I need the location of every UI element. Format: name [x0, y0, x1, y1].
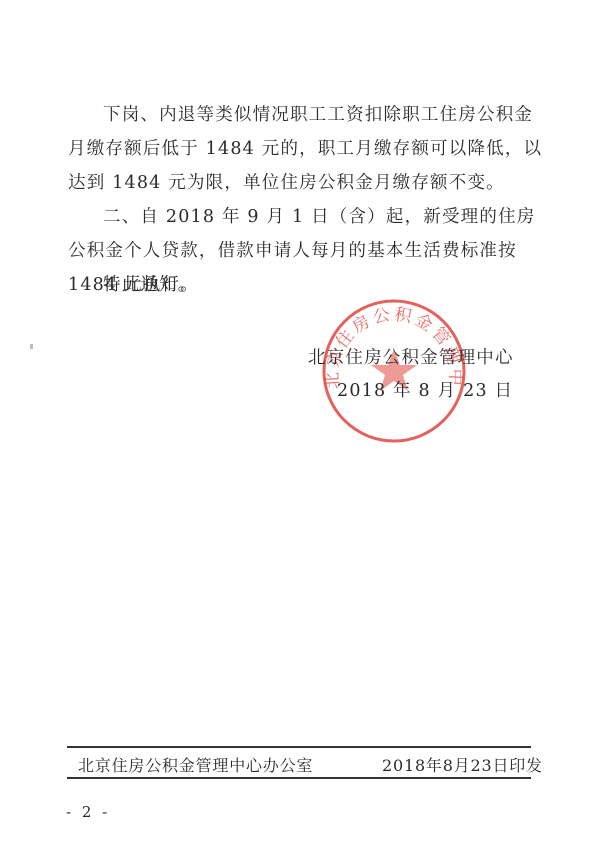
- footer-office: 北京住房公积金管理中心办公室: [78, 753, 313, 776]
- footer-print-date: 2018年8月23日印发: [382, 753, 543, 776]
- scan-speck: [30, 344, 33, 349]
- official-seal-stamp: 北京住房公积金管理中心: [320, 297, 468, 445]
- signature-date: 2018 年 8 月 23 日: [337, 377, 513, 402]
- signature-issuer: 北京住房公积金管理中心: [308, 344, 514, 369]
- paragraph-1: 下岗、内退等类似情况职工工资扣除职工住房公积金月缴存额后低于 1484 元的，职…: [68, 98, 544, 200]
- closing-line: 特此通知。: [68, 268, 544, 302]
- footer-top-rule: [67, 746, 531, 748]
- footer-bottom-rule: [67, 777, 531, 779]
- page-number: - 2 -: [66, 803, 110, 821]
